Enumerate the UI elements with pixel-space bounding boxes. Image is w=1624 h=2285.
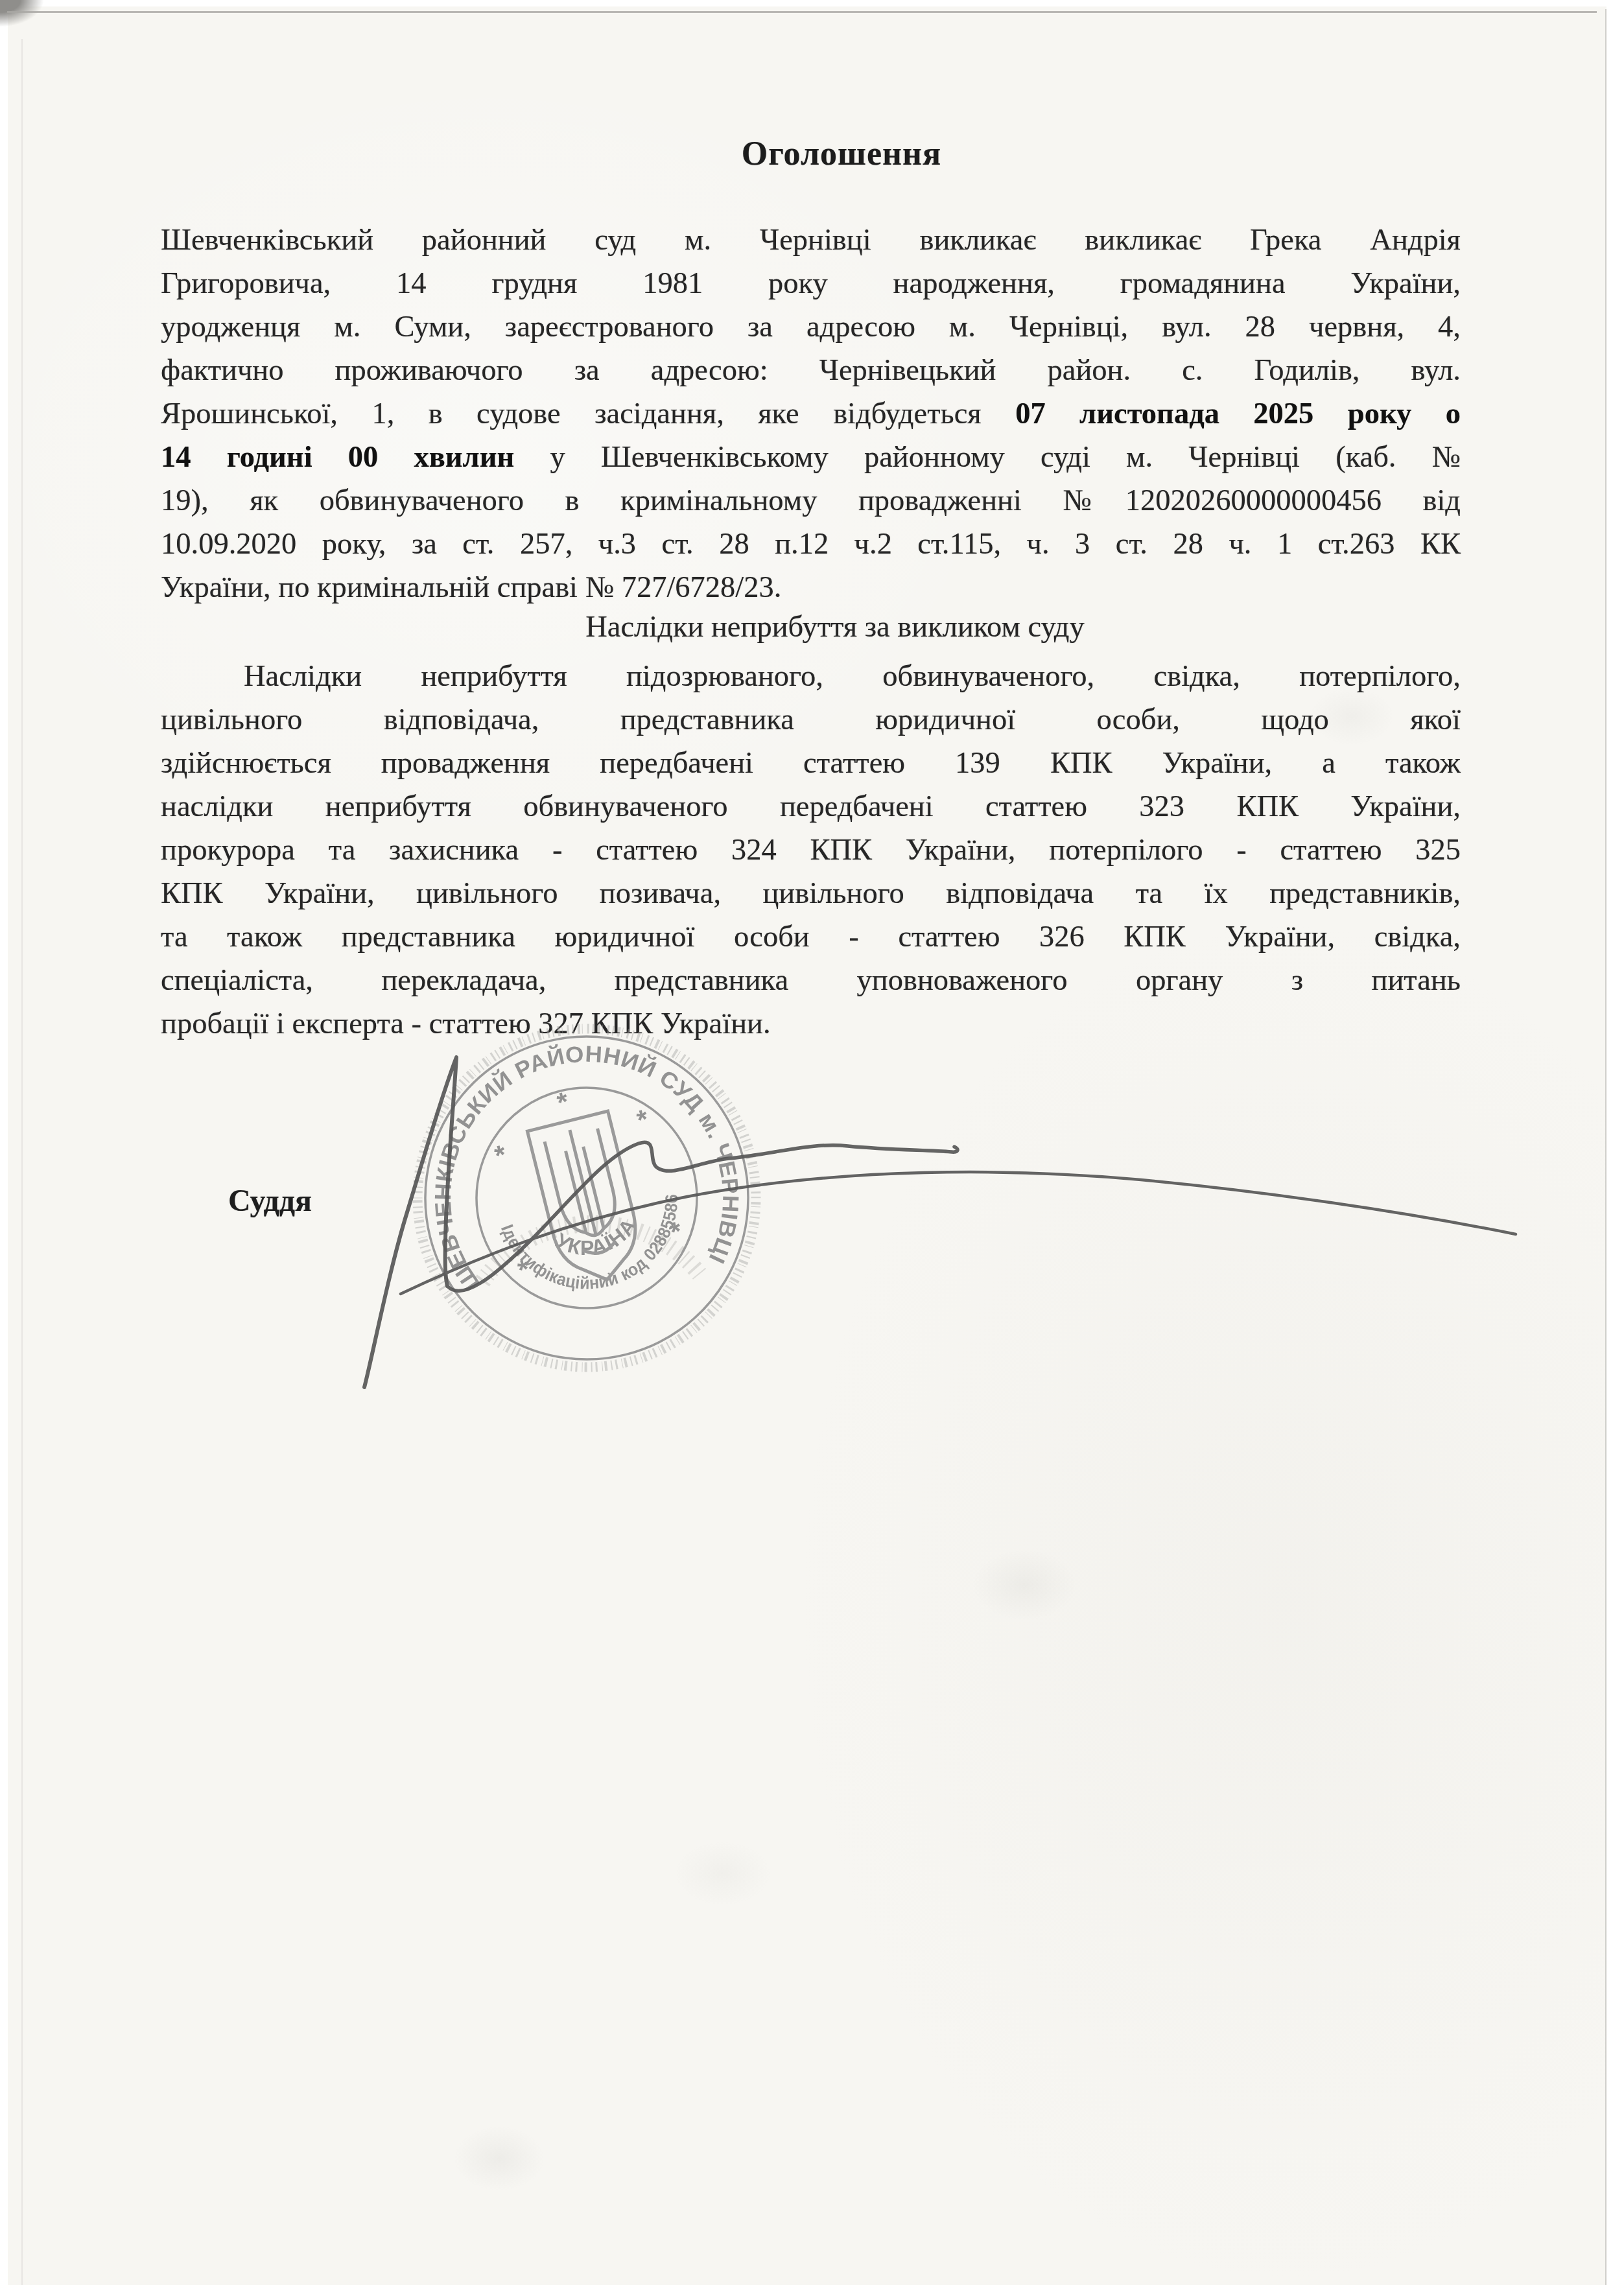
text-line: прокурора та захисника - статтею 324 КПК… bbox=[161, 828, 1461, 872]
text-line: та також представника юридичної особи - … bbox=[161, 915, 1461, 959]
text-line: Шевченківський районний суд м. Чернівці … bbox=[161, 218, 1461, 262]
text-line: Ярошинської, 1, в судове засідання, яке … bbox=[161, 392, 1461, 436]
scan-right-edge-line bbox=[1605, 9, 1606, 2285]
text-line: КПК України, цивільного позивача, цивіль… bbox=[161, 872, 1461, 915]
text-line: Григоровича, 14 грудня 1981 року народже… bbox=[161, 262, 1461, 305]
scan-left-edge-line bbox=[21, 39, 23, 2285]
document-title: Оголошення bbox=[161, 135, 1461, 173]
text-line: наслідки неприбуття обвинуваченого перед… bbox=[161, 785, 1461, 828]
scan-smudge bbox=[674, 1841, 771, 1906]
text-line: пробації і експерта - статтею 327 КПК Ук… bbox=[161, 1002, 1461, 1046]
text-line: спеціаліста, перекладача, представника у… bbox=[161, 959, 1461, 1002]
text-line: 19), як обвинуваченого в кримінальному п… bbox=[161, 479, 1461, 522]
text-line: фактично проживаючого за адресою: Чернів… bbox=[161, 349, 1461, 392]
judge-label: Суддя bbox=[228, 1183, 312, 1219]
scanned-court-announcement: Оголошення Шевченківський районний суд м… bbox=[0, 0, 1624, 2285]
text-line: 10.09.2020 року, за ст. 257, ч.3 ст. 28 … bbox=[161, 522, 1461, 566]
text-line: цивільного відповідача, представника юри… bbox=[161, 698, 1461, 742]
text-line: здійснюється провадження передбачені ста… bbox=[161, 742, 1461, 785]
text-line: уродженця м. Суми, зареєстрованого за ад… bbox=[161, 305, 1461, 349]
text-line: 14 годині 00 хвилин у Шевченківському ра… bbox=[161, 436, 1461, 479]
section-subheading: Наслідки неприбуття за викликом суду bbox=[161, 610, 1461, 644]
paragraph-summons: Шевченківський районний суд м. Чернівці … bbox=[161, 218, 1461, 609]
paragraph-consequences: Наслідки неприбуття підозрюваного, обвин… bbox=[161, 655, 1461, 1046]
text-line: України, по кримінальній справі № 727/67… bbox=[161, 566, 1461, 609]
scan-smudge bbox=[972, 1549, 1076, 1621]
scan-smudge bbox=[454, 2126, 545, 2191]
scan-corner-shadow bbox=[0, 0, 62, 39]
scan-top-edge-line bbox=[7, 11, 1597, 13]
text-line: Наслідки неприбуття підозрюваного, обвин… bbox=[161, 655, 1461, 698]
